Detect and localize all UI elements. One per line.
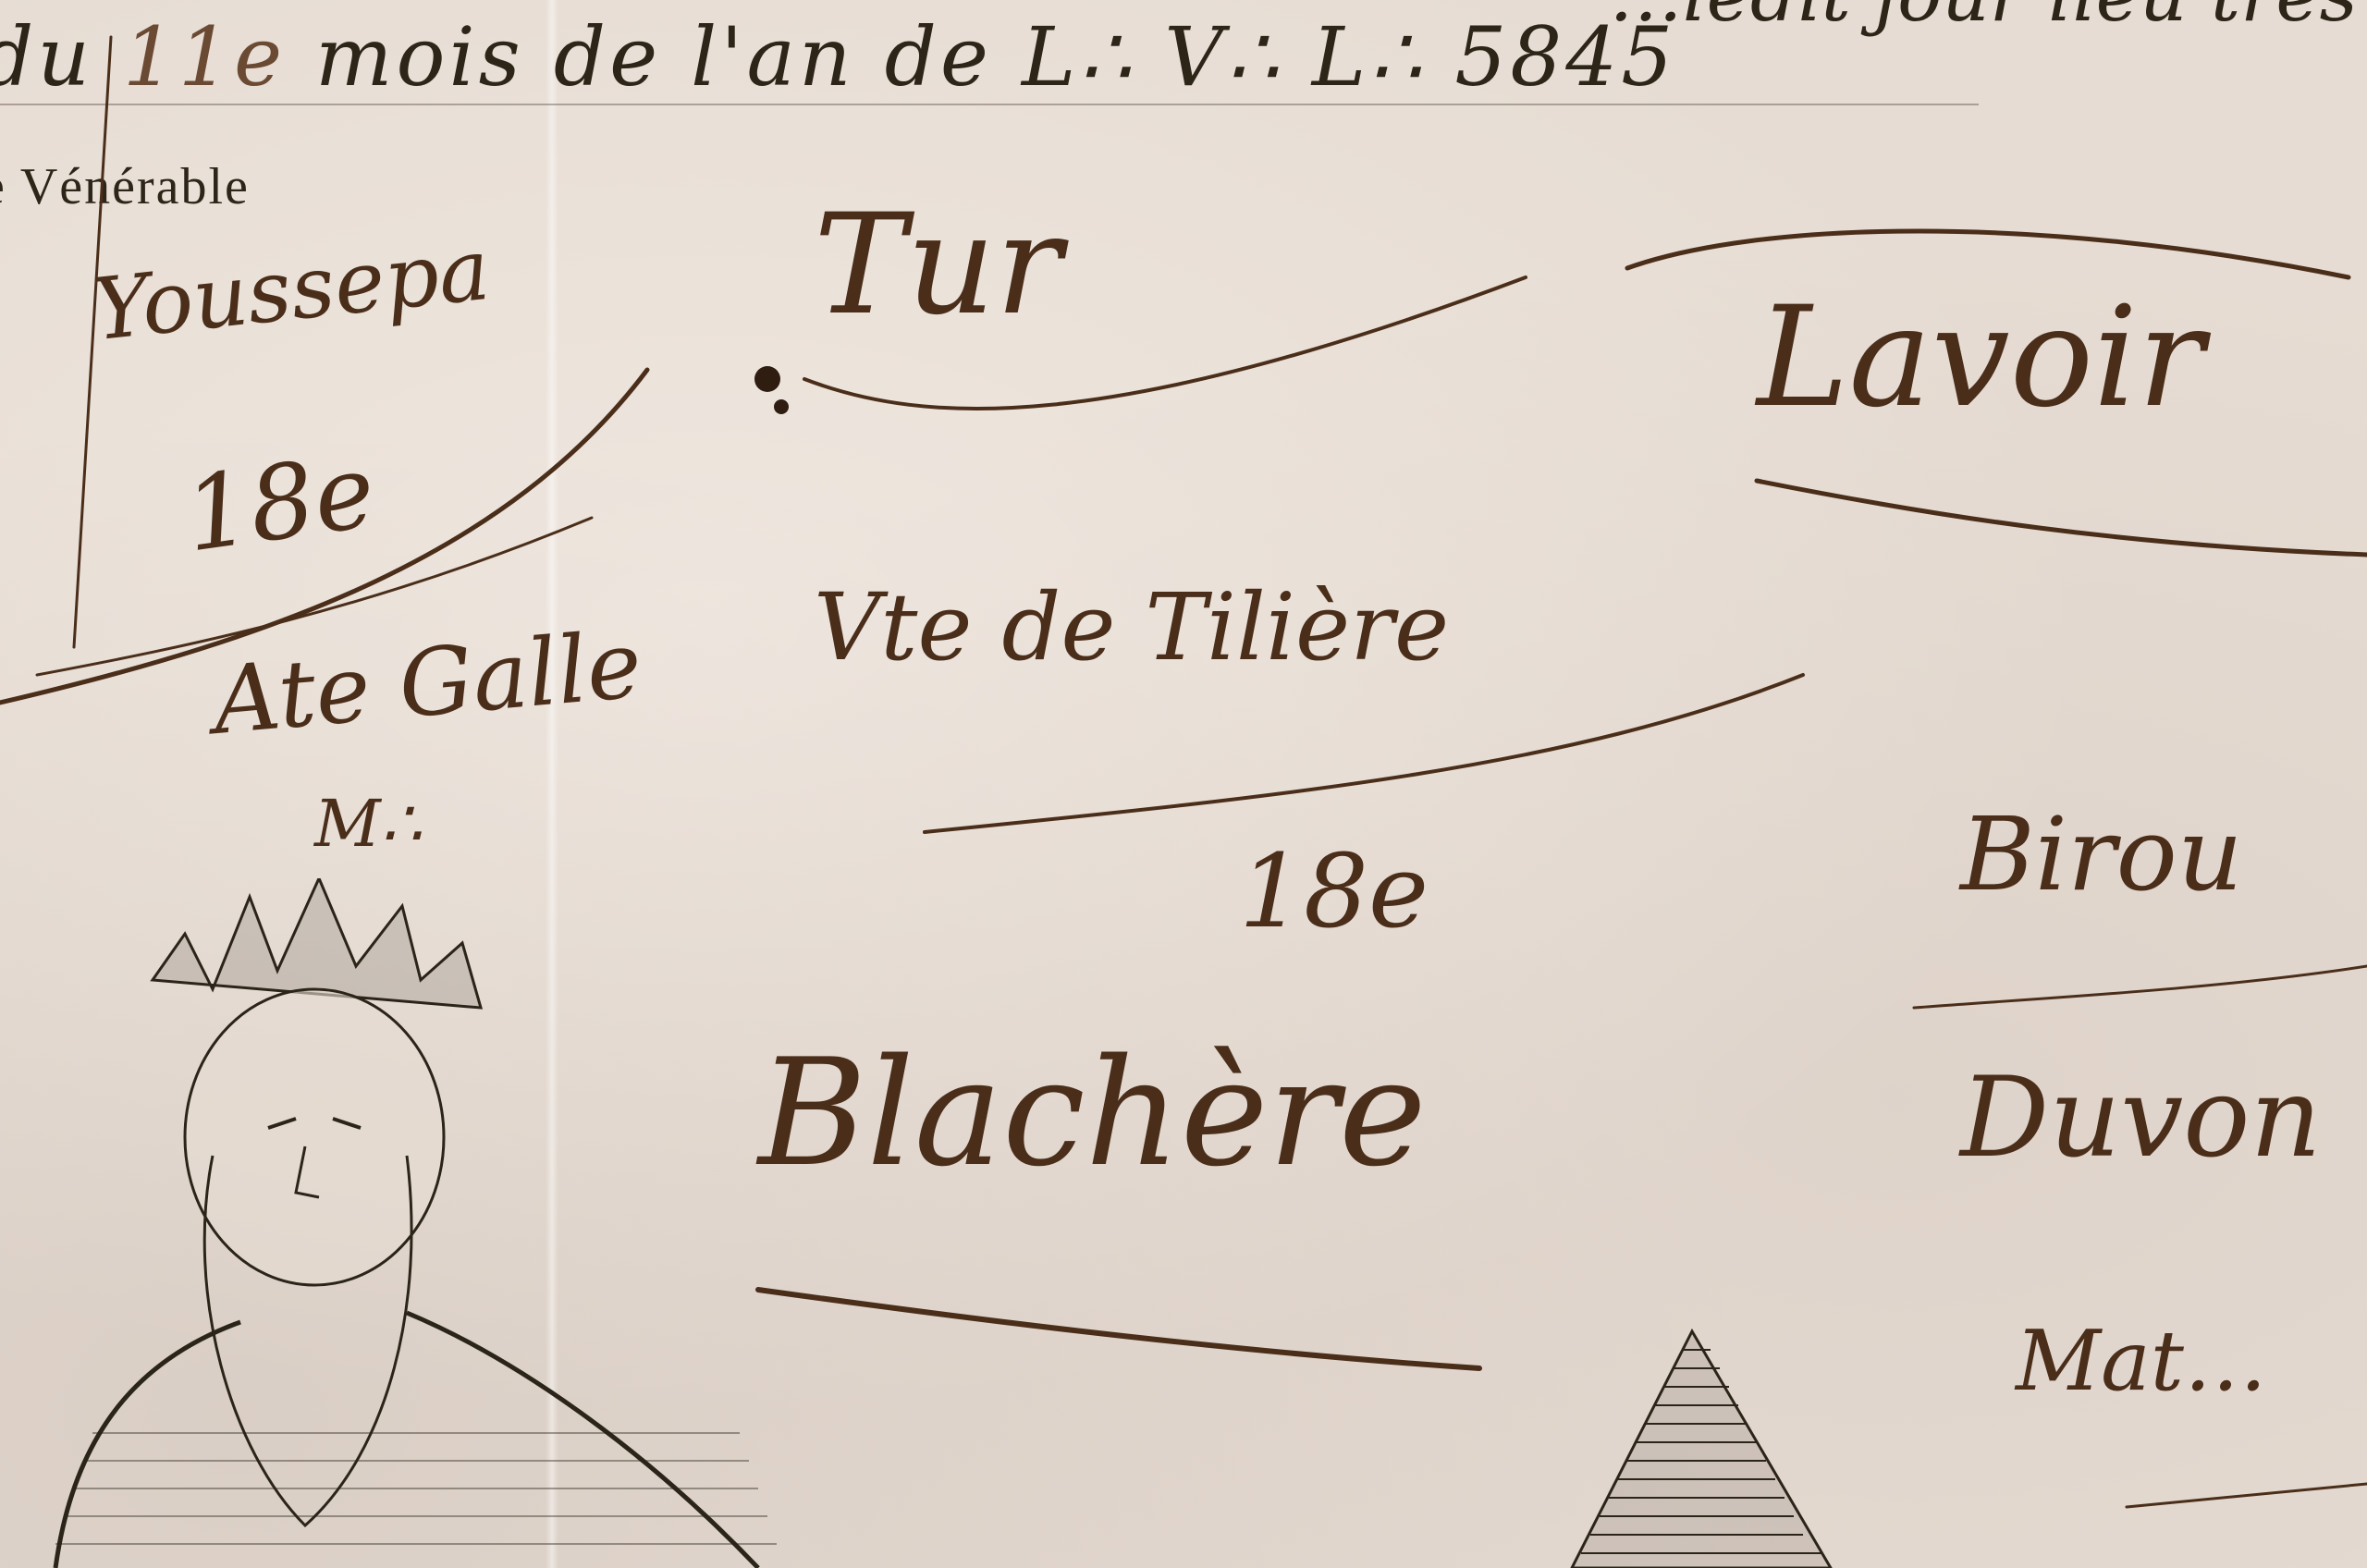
gallet-suffix: M∴: [314, 786, 422, 862]
birou-signature: Birou: [1960, 795, 2243, 913]
center-top-signature: Tur: [814, 185, 1061, 346]
duvon-signature: Duvon: [1960, 1054, 2322, 1182]
blachere-signature: Blachère: [758, 1026, 1427, 1199]
mathi-signature: Mat…: [2016, 1313, 2267, 1410]
paraph-18: 18e: [1239, 832, 1429, 950]
top-right-signature: Lavoir: [1757, 277, 2204, 438]
pyramid-engraving: [1553, 1313, 1849, 1568]
crowned-king-engraving: [0, 878, 786, 1568]
vicomte-signature: Vte de Tilière: [814, 573, 1449, 681]
